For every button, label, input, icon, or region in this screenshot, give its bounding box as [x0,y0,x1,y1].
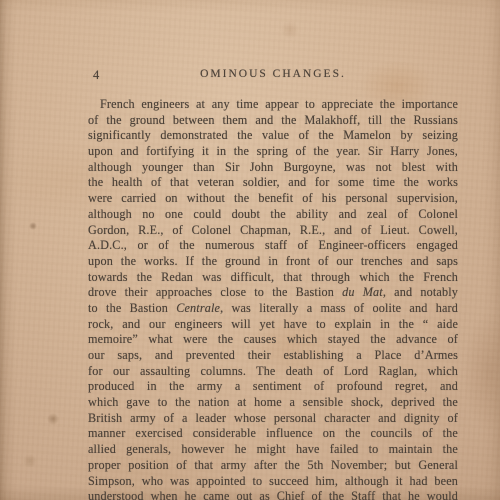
body-line: upon the works. If the ground in front o… [88,254,458,270]
body-line: to the Bastion Centrale, was literally a… [88,301,458,317]
body-line-segment: British army of a leader whose personal … [88,411,458,425]
body-line-segment: although no one could doubt the ability … [88,207,458,221]
body-line-segment: of the ground between them and the Malak… [88,113,458,127]
body-line: memoire” what were the causes which stay… [88,332,458,348]
body-line: for our assaulting columns. The death of… [88,364,458,380]
body-line-segment: memoire” what were the causes which stay… [88,332,458,346]
book-page-scan: 4 OMINOUS CHANGES. French engineers at a… [0,0,500,500]
page-number: 4 [93,68,99,83]
body-line: British army of a leader whose personal … [88,411,458,427]
body-line-segment: manner exercised considerable influence … [88,426,458,440]
body-line: Gordon, R.E., of Colonel Chapman, R.E., … [88,223,458,239]
running-header: OMINOUS CHANGES. [200,68,346,80]
body-line-segment: to the Bastion [88,301,176,315]
running-header-row: 4 OMINOUS CHANGES. [88,68,458,84]
body-line-segment: which gave to the nation at home a sensi… [88,395,458,409]
body-line: which gave to the nation at home a sensi… [88,395,458,411]
body-line-segment: understood when he came out as Chief of … [88,489,458,500]
body-line: understood when he came out as Chief of … [88,489,458,500]
body-line: allied generals, however he might have f… [88,442,458,458]
body-line: of the ground between them and the Malak… [88,113,458,129]
body-line: our saps, and prevented their establishi… [88,348,458,364]
body-line-segment: , was literally a mass of oolite and har… [220,301,458,315]
body-line-segment: significantly demonstrated the value of … [88,128,458,142]
body-line: towards the Redan was difficult, that th… [88,270,458,286]
body-line: although younger than Sir John Burgoyne,… [88,160,458,176]
body-line: the health of that veteran soldier, and … [88,175,458,191]
body-line-segment: were carried on without the benefit of h… [88,191,458,205]
text-block: 4 OMINOUS CHANGES. French engineers at a… [88,68,458,500]
body-line-segment: drove their approaches close to the Bast… [88,285,342,299]
body-line-segment: for our assaulting columns. The death of… [88,364,458,378]
body-line: produced in the army a sentiment of prof… [88,379,458,395]
body-line-segment: allied generals, however he might have f… [88,442,458,456]
body-line-segment: , and notably [383,285,458,299]
body-line-segment-italic: Centrale [176,301,220,315]
body-line: French engineers at any time appear to a… [88,97,458,113]
body-line: significantly demonstrated the value of … [88,128,458,144]
body-line-segment-italic: du Mat [342,285,383,299]
body-line-segment: Simpson, who was appointed to succeed hi… [88,474,458,488]
body-line-segment: A.D.C., or of the numerous staff of Engi… [88,238,458,252]
body-line-segment: upon the works. If the ground in front o… [88,254,458,268]
body-line: upon and fortifying it in the spring of … [88,144,458,160]
body-line-segment: Gordon, R.E., of Colonel Chapman, R.E., … [88,223,458,237]
body-line-segment: the health of that veteran soldier, and … [88,175,458,189]
body-line: A.D.C., or of the numerous staff of Engi… [88,238,458,254]
body-line: Simpson, who was appointed to succeed hi… [88,474,458,490]
body-text: French engineers at any time appear to a… [88,97,458,500]
body-line-segment: although younger than Sir John Burgoyne,… [88,160,458,174]
body-line: drove their approaches close to the Bast… [88,285,458,301]
body-line-segment: rock, and our engineers will yet have to… [88,317,458,331]
body-line-segment: our saps, and prevented their establishi… [88,348,458,362]
body-line-segment: produced in the army a sentiment of prof… [88,379,458,393]
body-line: proper position of that army after the 5… [88,458,458,474]
body-line: were carried on without the benefit of h… [88,191,458,207]
body-line: manner exercised considerable influence … [88,426,458,442]
body-line-segment: upon and fortifying it in the spring of … [88,144,458,158]
body-line-segment: proper position of that army after the 5… [88,458,458,472]
body-line-segment: French engineers at any time appear to a… [100,97,458,111]
body-line: rock, and our engineers will yet have to… [88,317,458,333]
body-line: although no one could doubt the ability … [88,207,458,223]
body-line-segment: towards the Redan was difficult, that th… [88,270,458,284]
